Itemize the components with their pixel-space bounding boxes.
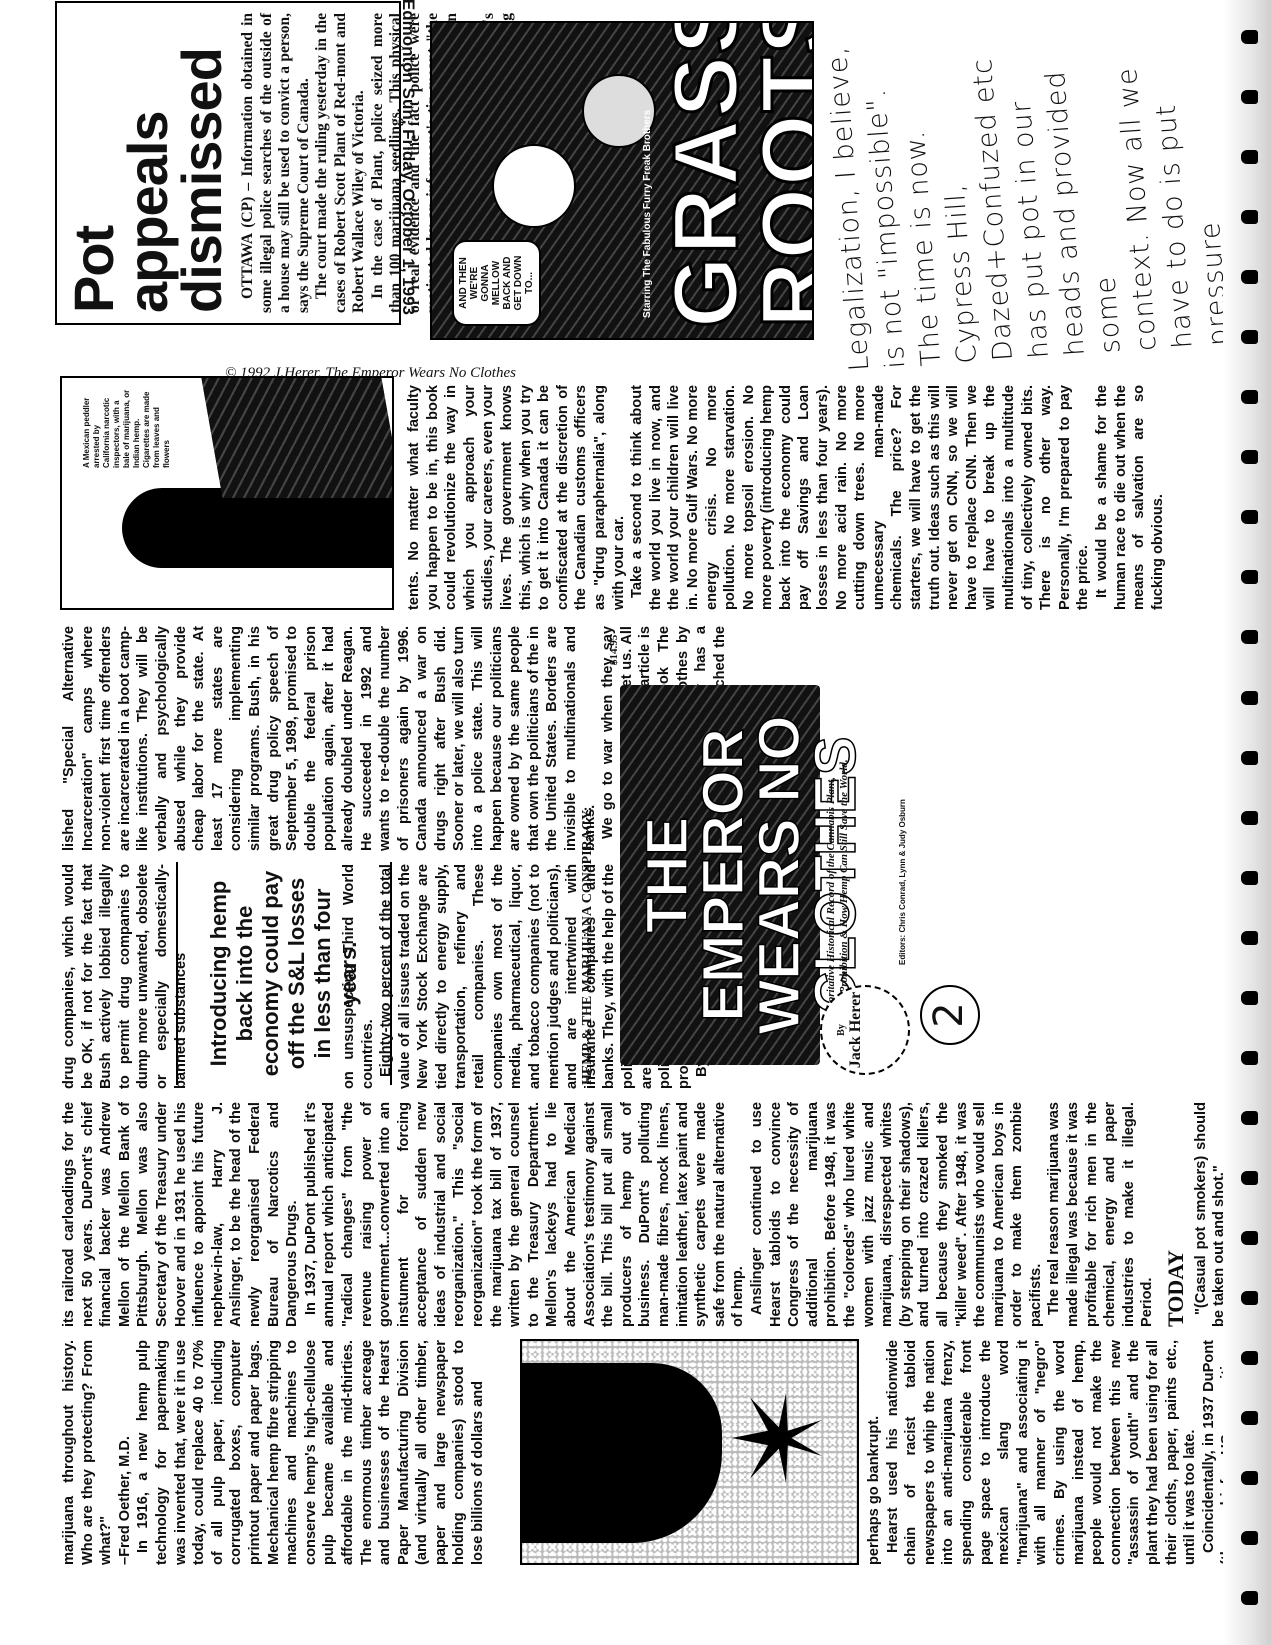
binding-hole-icon: [1241, 1591, 1258, 1605]
binding-hole-icon: [1241, 90, 1258, 104]
paragraph: perhaps go bankrupt.: [865, 1340, 884, 1565]
book-series-title: HEMP & THE MARIJUANA CONSPIRACY:: [580, 785, 596, 1085]
paragraph: tents. No matter what faculty you happen…: [405, 385, 628, 610]
binding-hole-icon: [1241, 150, 1258, 164]
poster-tagline: Starring The Fabulous Furry Freak Brothe…: [642, 110, 653, 318]
binding-hole-icon: [1241, 390, 1258, 404]
paragraph: In 1937, DuPont published it's annual re…: [302, 1102, 748, 1327]
binding-hole-icon: [1241, 751, 1258, 765]
paragraph: Take a second to think about the world y…: [628, 385, 1093, 610]
clipping-dateline: The Edmonton Sun, Friday, October 1, 199…: [398, 0, 418, 315]
hand-holding-hemp-photo: [520, 1339, 859, 1565]
binding-hole-icon: [1241, 30, 1258, 44]
paragraph: In 1916, a new hemp pulp technology for …: [134, 1340, 487, 1565]
clipping-headline: Pot appeals dismissed: [67, 13, 229, 313]
binding-hole-icon: [1241, 1531, 1258, 1545]
paragraph: It would be a shame for the human race t…: [1093, 385, 1167, 610]
scanned-page: marijuana throughout history. Who are th…: [0, 0, 1271, 1645]
binding-hole-icon: [1241, 931, 1258, 945]
paragraph: its railroad carloadings for the next 50…: [60, 1102, 302, 1327]
character-1: [492, 144, 576, 228]
binding-hole-icon: [1241, 1291, 1258, 1305]
article-column-2: its railroad carloadings for the next 50…: [60, 1102, 1271, 1327]
binding-hole-icon: [1241, 210, 1258, 224]
article-column-1-continued: perhaps go bankrupt. Hearst used his nat…: [865, 1340, 1271, 1565]
hemp-bale: [201, 378, 394, 498]
binding-hole-icon: [1241, 1231, 1258, 1245]
binding-hole-icon: [1241, 270, 1258, 284]
author-by: By: [836, 987, 847, 1073]
hand-silhouette: [522, 1363, 722, 1543]
clipping-paragraph: The court made the ruling yesterday in t…: [313, 13, 369, 313]
book-cover-image: HEMP & THE MARIJUANA CONSPIRACY: $14.95 …: [580, 605, 910, 1085]
article-column-5: tents. No matter what faculty you happen…: [405, 385, 1167, 610]
section-heading-today: TODAY: [1167, 1102, 1186, 1327]
grass-roots-poster: AND THEN WE'RE GONNA MELLOW BACK AND GET…: [430, 21, 814, 340]
photo-credit: © 1992 J.Herer, The Emperor Wears No Clo…: [225, 365, 555, 382]
paragraph: lished "Special Alternative Incarceratio…: [60, 626, 599, 851]
author-name: Jack Herer: [847, 987, 865, 1073]
binding-hole-icon: [1241, 871, 1258, 885]
paragraph: drug companies, which would be OK, if no…: [60, 864, 190, 1089]
paragraph: Anslinger continued to use Hearst tabloi…: [748, 1102, 1046, 1327]
binding-holes: [1241, 30, 1257, 1605]
attribution: –Fred Oether, M.D.: [116, 1340, 135, 1565]
newspaper-clipping: Pot appeals dismissed OTTAWA (CP) – Info…: [55, 1, 401, 325]
binding-hole-icon: [1241, 811, 1258, 825]
binding-hole-icon: [1241, 1171, 1258, 1185]
hemp-leaf-icon: [732, 1393, 822, 1483]
speech-bubble: AND THEN WE'RE GONNA MELLOW BACK AND GET…: [452, 240, 541, 326]
photo-caption: A Mexican peddler arrested by California…: [82, 388, 172, 468]
binding-edge: [1223, 0, 1271, 1645]
article-column-1: marijuana throughout history. Who are th…: [60, 1340, 488, 1565]
peddler-silhouette: [122, 488, 392, 568]
clipping-paragraph: OTTAWA (CP) – Information obtained in so…: [239, 13, 313, 313]
article-column-3: drug companies, which would be OK, if no…: [60, 864, 190, 1089]
binding-hole-icon: [1241, 570, 1258, 584]
handwritten-note: Legalization, I believe, is not "impossi…: [819, 0, 1271, 372]
paragraph: marijuana throughout history. Who are th…: [60, 1340, 116, 1565]
binding-hole-icon: [1241, 631, 1258, 645]
paragraph: The real reason marijuana was made illeg…: [1045, 1102, 1157, 1327]
book-editors: Editors: Chris Conrad, Lynn & Judy Osbur…: [898, 799, 907, 965]
binding-hole-icon: [1241, 1111, 1258, 1125]
binding-hole-icon: [1241, 330, 1258, 344]
binding-hole-icon: [1241, 1051, 1258, 1065]
binding-hole-icon: [1241, 450, 1258, 464]
mexican-peddler-photo: A Mexican peddler arrested by California…: [60, 376, 394, 610]
binding-hole-icon: [1241, 1471, 1258, 1485]
binding-hole-icon: [1241, 510, 1258, 524]
page-number-handwritten: 2: [920, 985, 980, 1045]
binding-hole-icon: [1241, 991, 1258, 1005]
paragraph: Hearst used his nationwide chain of raci…: [884, 1340, 1200, 1565]
author-seal: By Jack Herer: [820, 985, 910, 1075]
binding-hole-icon: [1241, 691, 1258, 705]
paragraph: on unsuspecting Third World countries.: [340, 864, 377, 1089]
book-price: $14.95: [608, 635, 620, 665]
binding-hole-icon: [1241, 1411, 1258, 1425]
poster-title: GRASS ROOTS: [662, 28, 814, 328]
binding-hole-icon: [1241, 1351, 1258, 1365]
